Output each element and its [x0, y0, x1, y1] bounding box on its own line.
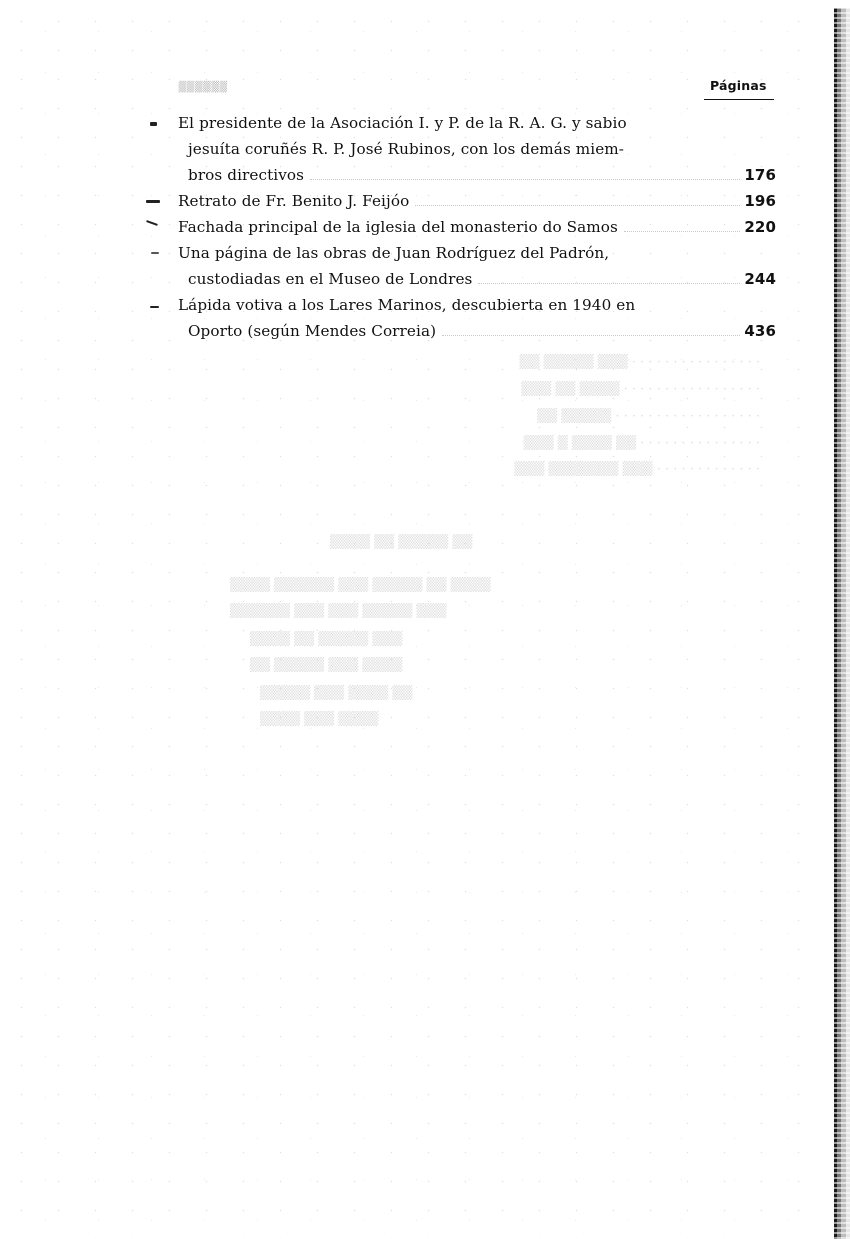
dot-leader — [310, 178, 740, 180]
bleed-through-line: ▒▒ ▒▒▒▒ ▒▒▒ ▒▒▒▒▒ — [260, 686, 412, 701]
index-entry: Una página de las obras de Juan Rodrígue… — [178, 240, 776, 292]
page-binding-edge — [834, 8, 850, 1239]
page-number: 220 — [744, 214, 776, 240]
bleed-through-line: ▒▒▒ ▒▒▒▒▒ ▒▒ ▒▒▒▒ — [250, 632, 402, 647]
bleed-through-line: · · · · · · · · · · · · · · · · · · ▒▒▒▒… — [200, 409, 760, 424]
margin-tick-mark — [146, 220, 158, 226]
entry-text-line: El presidente de la Asociación I. y P. d… — [178, 110, 627, 136]
entry-text-line: bros directivos — [188, 162, 304, 188]
bleed-through-header: ▒▒▒▒▒▒ — [178, 82, 227, 93]
margin-tick-mark — [150, 306, 159, 308]
entry-text-line: Oporto (según Mendes Correia) — [188, 318, 436, 344]
entry-text-line: Una página de las obras de Juan Rodrígue… — [178, 240, 609, 266]
page-number: 176 — [744, 162, 776, 188]
dot-leader — [624, 230, 740, 232]
bleed-through-line: · · · · · · · · · · · · · · · · ▒▒▒ ▒▒▒▒… — [200, 355, 760, 370]
entry-text-line: jesuíta coruñés R. P. José Rubinos, con … — [188, 136, 624, 162]
pages-column-header: Páginas — [710, 78, 767, 93]
index-entry: Retrato de Fr. Benito J. Feijóo 196 — [178, 188, 776, 214]
bleed-through-line: ▒▒▒▒ ▒▒▒ ▒▒▒▒ — [260, 712, 378, 727]
dot-leader — [442, 334, 740, 336]
entry-text-line: Retrato de Fr. Benito J. Feijóo — [178, 188, 409, 214]
page-number: 196 — [744, 188, 776, 214]
entry-text-line: Fachada principal de la iglesia del mona… — [178, 214, 618, 240]
bleed-through-line: · · · · · · · · · · · · · ▒▒▒ ▒▒▒▒▒▒▒ ▒▒… — [200, 462, 760, 477]
bleed-through-line: ▒▒▒▒ ▒▒ ▒▒▒▒▒ ▒▒▒ ▒▒▒▒▒▒ ▒▒▒▒ — [230, 578, 491, 593]
margin-tick-mark — [150, 122, 157, 126]
entry-text-line: Lápida votiva a los Lares Marinos, descu… — [178, 292, 635, 318]
scanned-page: ▒▒▒▒▒▒ · · · · · · · · · · · · · · · · ▒… — [0, 0, 850, 1239]
bleed-through-line: · · · · · · · · · · · · · · · · · ▒▒▒▒ ▒… — [200, 382, 760, 397]
illustration-index-list: El presidente de la Asociación I. y P. d… — [178, 110, 776, 344]
index-entry: El presidente de la Asociación I. y P. d… — [178, 110, 776, 188]
bleed-through-line: · · · · · · · · · · · · · · · ▒▒ ▒▒▒▒ ▒ … — [200, 436, 760, 451]
page-number: 436 — [744, 318, 776, 344]
index-entry: Lápida votiva a los Lares Marinos, descu… — [178, 292, 776, 344]
header-underline — [704, 99, 774, 100]
bleed-through-line: ▒▒▒▒ ▒▒▒ ▒▒▒▒▒ ▒▒ — [250, 658, 402, 673]
page-number: 244 — [744, 266, 776, 292]
bleed-through-line: ▒▒ ▒▒▒▒▒ ▒▒ ▒▒▒▒ — [330, 535, 472, 550]
margin-tick-mark — [146, 200, 160, 203]
index-entry: Fachada principal de la iglesia del mona… — [178, 214, 776, 240]
dot-leader — [478, 282, 740, 284]
entry-text-line: custodiadas en el Museo de Londres — [188, 266, 472, 292]
margin-tick-mark — [151, 252, 159, 254]
bleed-through-line: ▒▒▒ ▒▒▒▒▒ ▒▒▒ ▒▒▒ ▒▒▒▒▒▒ — [230, 604, 446, 619]
dot-leader — [415, 204, 740, 206]
